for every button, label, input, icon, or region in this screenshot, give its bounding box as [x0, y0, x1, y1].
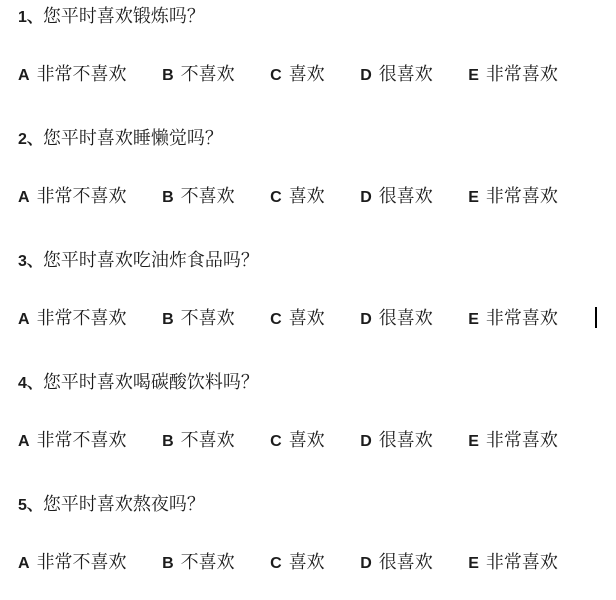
option-letter: D: [360, 433, 372, 450]
option-letter: C: [270, 433, 282, 450]
answer-option: C喜欢: [270, 306, 325, 332]
answer-option: C喜欢: [270, 184, 325, 210]
answer-option: A非常不喜欢: [18, 62, 127, 88]
option-label: 喜欢: [289, 552, 325, 572]
answer-option: D很喜欢: [360, 428, 433, 454]
answer-option: A非常不喜欢: [18, 428, 127, 454]
option-letter: A: [18, 67, 30, 84]
answer-option: B不喜欢: [162, 550, 235, 576]
answer-option: E非常喜欢: [468, 306, 558, 332]
option-label: 不喜欢: [181, 552, 235, 572]
option-label: 非常喜欢: [486, 308, 558, 328]
answer-option: B不喜欢: [162, 62, 235, 88]
option-label: 很喜欢: [379, 308, 433, 328]
option-label: 喜欢: [289, 308, 325, 328]
text-caret: [595, 307, 597, 328]
option-label: 喜欢: [289, 64, 325, 84]
option-label: 喜欢: [289, 186, 325, 206]
question-number: 5、: [18, 497, 43, 514]
answer-option: A非常不喜欢: [18, 306, 127, 332]
option-letter: E: [468, 67, 479, 84]
option-letter: B: [162, 311, 174, 328]
option-label: 非常喜欢: [486, 552, 558, 572]
option-label: 很喜欢: [379, 552, 433, 572]
option-letter: C: [270, 189, 282, 206]
option-label: 非常喜欢: [486, 430, 558, 450]
question-text: 您平时喜欢锻炼吗？: [43, 6, 205, 26]
option-letter: A: [18, 555, 30, 572]
option-letter: E: [468, 433, 479, 450]
questions-container: 1、您平时喜欢锻炼吗？ A非常不喜欢 B不喜欢 C喜欢 D很喜欢 E非常喜欢 2…: [18, 4, 616, 574]
answer-option: D很喜欢: [360, 184, 433, 210]
question-text: 您平时喜欢吃油炸食品吗？: [43, 250, 259, 270]
option-letter: C: [270, 555, 282, 572]
option-letter: D: [360, 67, 372, 84]
answer-option: E非常喜欢: [468, 550, 558, 576]
option-letter: C: [270, 67, 282, 84]
options-row: A非常不喜欢 B不喜欢 C喜欢 D很喜欢 E非常喜欢: [18, 428, 616, 452]
question-title: 5、您平时喜欢熬夜吗？: [18, 492, 616, 516]
question-block: 1、您平时喜欢锻炼吗？ A非常不喜欢 B不喜欢 C喜欢 D很喜欢 E非常喜欢: [18, 4, 616, 86]
option-letter: A: [18, 311, 30, 328]
option-label: 非常不喜欢: [37, 64, 127, 84]
question-title: 1、您平时喜欢锻炼吗？: [18, 4, 616, 28]
question-text: 您平时喜欢睡懒觉吗？: [43, 128, 223, 148]
answer-option: E非常喜欢: [468, 62, 558, 88]
option-letter: E: [468, 311, 479, 328]
option-letter: B: [162, 555, 174, 572]
question-number: 3、: [18, 253, 43, 270]
answer-option: E非常喜欢: [468, 184, 558, 210]
option-letter: A: [18, 433, 30, 450]
options-row: A非常不喜欢 B不喜欢 C喜欢 D很喜欢 E非常喜欢: [18, 184, 616, 208]
answer-option: C喜欢: [270, 550, 325, 576]
option-label: 很喜欢: [379, 430, 433, 450]
option-label: 很喜欢: [379, 64, 433, 84]
option-letter: D: [360, 555, 372, 572]
answer-option: C喜欢: [270, 428, 325, 454]
answer-option: B不喜欢: [162, 306, 235, 332]
option-letter: B: [162, 189, 174, 206]
option-label: 非常不喜欢: [37, 430, 127, 450]
question-number: 4、: [18, 375, 43, 392]
option-letter: A: [18, 189, 30, 206]
options-row: A非常不喜欢 B不喜欢 C喜欢 D很喜欢 E非常喜欢: [18, 62, 616, 86]
option-label: 非常喜欢: [486, 64, 558, 84]
question-title: 3、您平时喜欢吃油炸食品吗？: [18, 248, 616, 272]
answer-option: B不喜欢: [162, 428, 235, 454]
option-label: 非常不喜欢: [37, 552, 127, 572]
option-label: 喜欢: [289, 430, 325, 450]
option-letter: C: [270, 311, 282, 328]
question-number: 1、: [18, 9, 43, 26]
document-page[interactable]: 1、您平时喜欢锻炼吗？ A非常不喜欢 B不喜欢 C喜欢 D很喜欢 E非常喜欢 2…: [0, 0, 616, 600]
option-letter: B: [162, 433, 174, 450]
question-block: 3、您平时喜欢吃油炸食品吗？ A非常不喜欢 B不喜欢 C喜欢 D很喜欢 E非常喜…: [18, 248, 616, 330]
question-block: 2、您平时喜欢睡懒觉吗？ A非常不喜欢 B不喜欢 C喜欢 D很喜欢 E非常喜欢: [18, 126, 616, 208]
options-row: A非常不喜欢 B不喜欢 C喜欢 D很喜欢 E非常喜欢: [18, 306, 616, 330]
answer-option: B不喜欢: [162, 184, 235, 210]
option-label: 非常不喜欢: [37, 308, 127, 328]
option-label: 不喜欢: [181, 186, 235, 206]
question-text: 您平时喜欢喝碳酸饮料吗？: [43, 372, 259, 392]
answer-option: A非常不喜欢: [18, 550, 127, 576]
option-label: 不喜欢: [181, 308, 235, 328]
question-title: 4、您平时喜欢喝碳酸饮料吗？: [18, 370, 616, 394]
answer-option: C喜欢: [270, 62, 325, 88]
option-label: 很喜欢: [379, 186, 433, 206]
question-block: 4、您平时喜欢喝碳酸饮料吗？ A非常不喜欢 B不喜欢 C喜欢 D很喜欢 E非常喜…: [18, 370, 616, 452]
question-title: 2、您平时喜欢睡懒觉吗？: [18, 126, 616, 150]
options-row: A非常不喜欢 B不喜欢 C喜欢 D很喜欢 E非常喜欢: [18, 550, 616, 574]
question-number: 2、: [18, 131, 43, 148]
option-label: 非常不喜欢: [37, 186, 127, 206]
option-letter: D: [360, 189, 372, 206]
option-label: 不喜欢: [181, 430, 235, 450]
option-label: 不喜欢: [181, 64, 235, 84]
answer-option: E非常喜欢: [468, 428, 558, 454]
answer-option: D很喜欢: [360, 306, 433, 332]
option-label: 非常喜欢: [486, 186, 558, 206]
option-letter: E: [468, 555, 479, 572]
option-letter: B: [162, 67, 174, 84]
answer-option: D很喜欢: [360, 62, 433, 88]
answer-option: D很喜欢: [360, 550, 433, 576]
option-letter: D: [360, 311, 372, 328]
question-text: 您平时喜欢熬夜吗？: [43, 494, 205, 514]
question-block: 5、您平时喜欢熬夜吗？ A非常不喜欢 B不喜欢 C喜欢 D很喜欢 E非常喜欢: [18, 492, 616, 574]
answer-option: A非常不喜欢: [18, 184, 127, 210]
option-letter: E: [468, 189, 479, 206]
